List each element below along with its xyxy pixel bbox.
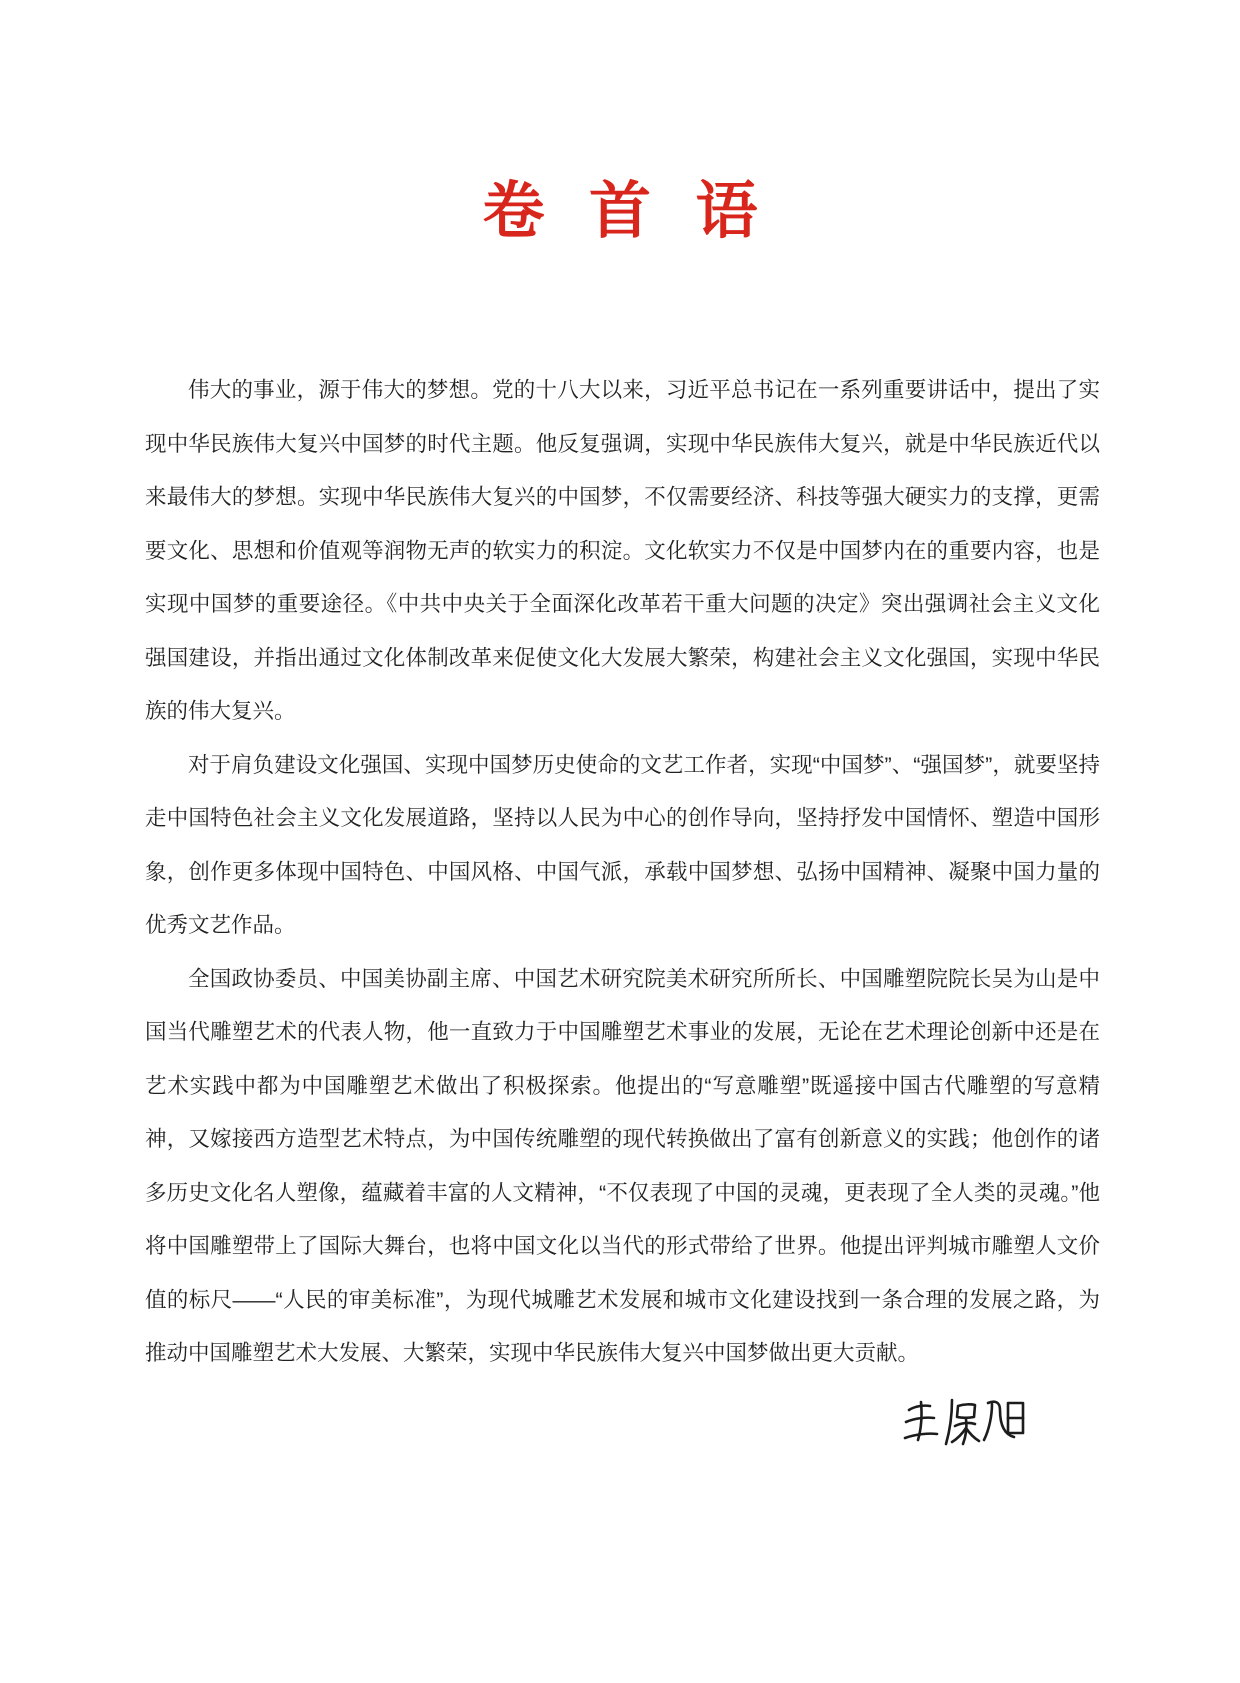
handwritten-signature <box>902 1388 1028 1464</box>
foreword-paragraph-3: 全国政协委员、中国美协副主席、中国艺术研究院美术研究所所长、中国雕塑院院长吴为山… <box>145 953 1100 1381</box>
foreword-paragraph-1: 伟大的事业，源于伟大的梦想。党的十八大以来，习近平总书记在一系列重要讲话中，提出… <box>145 364 1100 739</box>
foreword-body: 伟大的事业，源于伟大的梦想。党的十八大以来，习近平总书记在一系列重要讲话中，提出… <box>145 364 1100 1381</box>
foreword-page: 卷 首 语 伟大的事业，源于伟大的梦想。党的十八大以来，习近平总书记在一系列重要… <box>0 0 1240 1683</box>
signature-strokes <box>902 1388 1028 1464</box>
foreword-paragraph-2: 对于肩负建设文化强国、实现中国梦历史使命的文艺工作者，实现“中国梦”、“强国梦”… <box>145 739 1100 953</box>
page-title: 卷 首 语 <box>0 180 1240 244</box>
